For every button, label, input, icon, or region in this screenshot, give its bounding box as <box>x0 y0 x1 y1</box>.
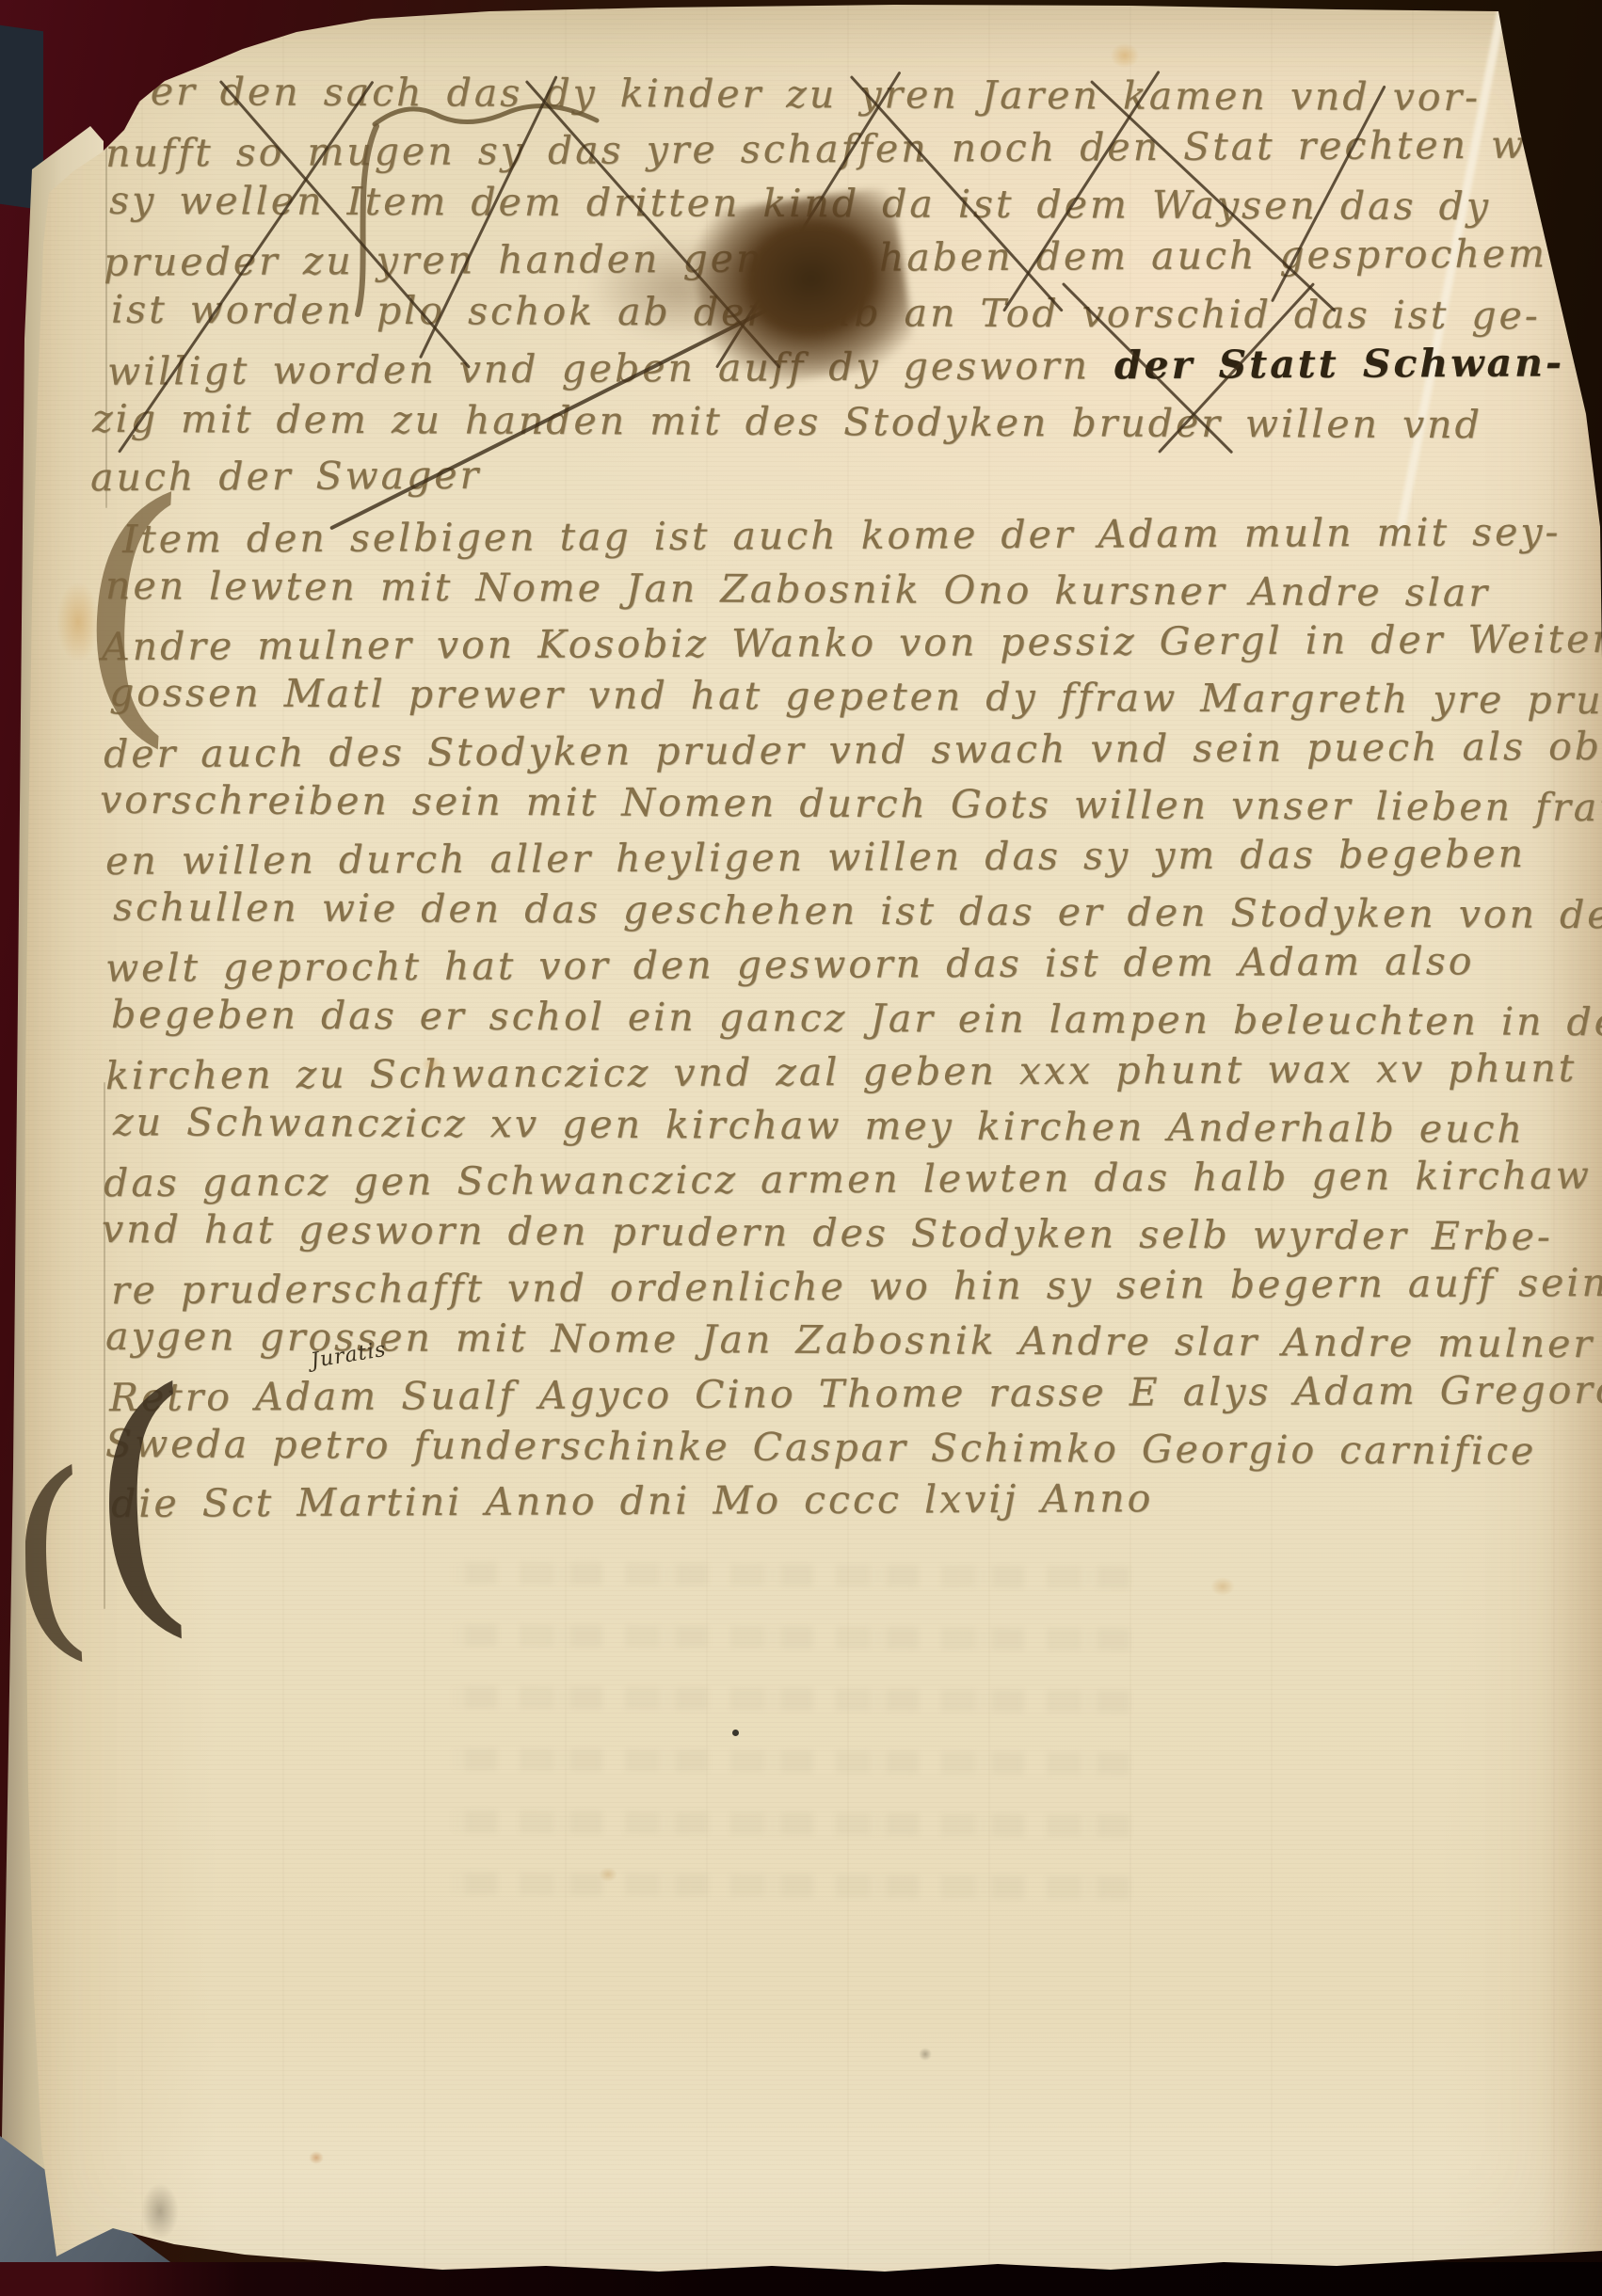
margin-bracket-entry2: ( <box>67 439 194 773</box>
manuscript-line: Andre mulner von Kosobiz Wanko von pessi… <box>102 616 1602 669</box>
manuscript-line: der auch des Stodyken pruder vnd swach v… <box>104 724 1602 776</box>
manuscript-line: Item den selbigen tag ist auch kome der … <box>122 509 1562 562</box>
manuscript-page: 18 Wer den sach das dy kinder zu yren Ja… <box>0 0 1602 2296</box>
manuscript-line: zig mit dem zu handen mit des Stodyken b… <box>92 396 1482 447</box>
manuscript-line: vorschreiben sein mit Nomen durch Gots w… <box>100 777 1602 831</box>
manuscript-line: begeben das er schol ein gancz Jar ein l… <box>111 992 1602 1045</box>
manuscript-line: re pruderschafft vnd ordenliche wo hin s… <box>111 1260 1602 1313</box>
manuscript-photo: 18 Wer den sach das dy kinder zu yren Ja… <box>0 0 1602 2296</box>
manuscript-line: Retro Adam Sualf Agyco Cino Thome rasse … <box>109 1367 1602 1420</box>
manuscript-line: das gancz gen Schwanczicz armen lewten d… <box>104 1153 1592 1205</box>
manuscript-line: welt geprocht hat vor den gesworn das is… <box>105 938 1475 991</box>
stain-spot <box>1111 43 1139 68</box>
manuscript-line: kirchen zu Schwanczicz vnd zal geben xxx… <box>105 1045 1577 1098</box>
line-main-text: willigt worden vnd geben auff dy gesworn <box>107 343 1090 393</box>
stain-spot <box>141 2183 179 2240</box>
manuscript-line: zu Schwanczicz xv gen kirchaw mey kirche… <box>113 1099 1525 1152</box>
ink-blot <box>687 186 917 392</box>
manuscript-line: Sweda petro funderschinke Caspar Schimko… <box>105 1421 1536 1474</box>
stain-spot <box>309 2151 324 2164</box>
page-number: 18 <box>57 0 147 79</box>
manuscript-line: Wer den sach das dy kinder zu yren Jaren… <box>111 69 1481 120</box>
bleedthrough-text <box>452 1564 1129 1937</box>
stain-spot <box>1210 1577 1235 1596</box>
manuscript-line: vnd hat gesworn den prudern des Stodyken… <box>102 1206 1553 1259</box>
manuscript-line: gossen Matl prewer vnd hat gepeten dy ff… <box>109 670 1602 723</box>
manuscript-line: die Sct Martini Anno dni Mo cccc lxvij A… <box>111 1475 1154 1526</box>
stain-spot <box>919 2048 932 2061</box>
manuscript-line: en willen durch aller heyligen willen da… <box>105 831 1526 884</box>
later-addition: der Statt Schwan- <box>1114 340 1564 388</box>
manuscript-line: nen lewten mit Nome Jan Zabosnik Ono kur… <box>105 563 1490 615</box>
manuscript-line: schullen wie den das geschehen ist das e… <box>113 885 1602 937</box>
margin-bracket-large: ( <box>81 1332 202 1665</box>
